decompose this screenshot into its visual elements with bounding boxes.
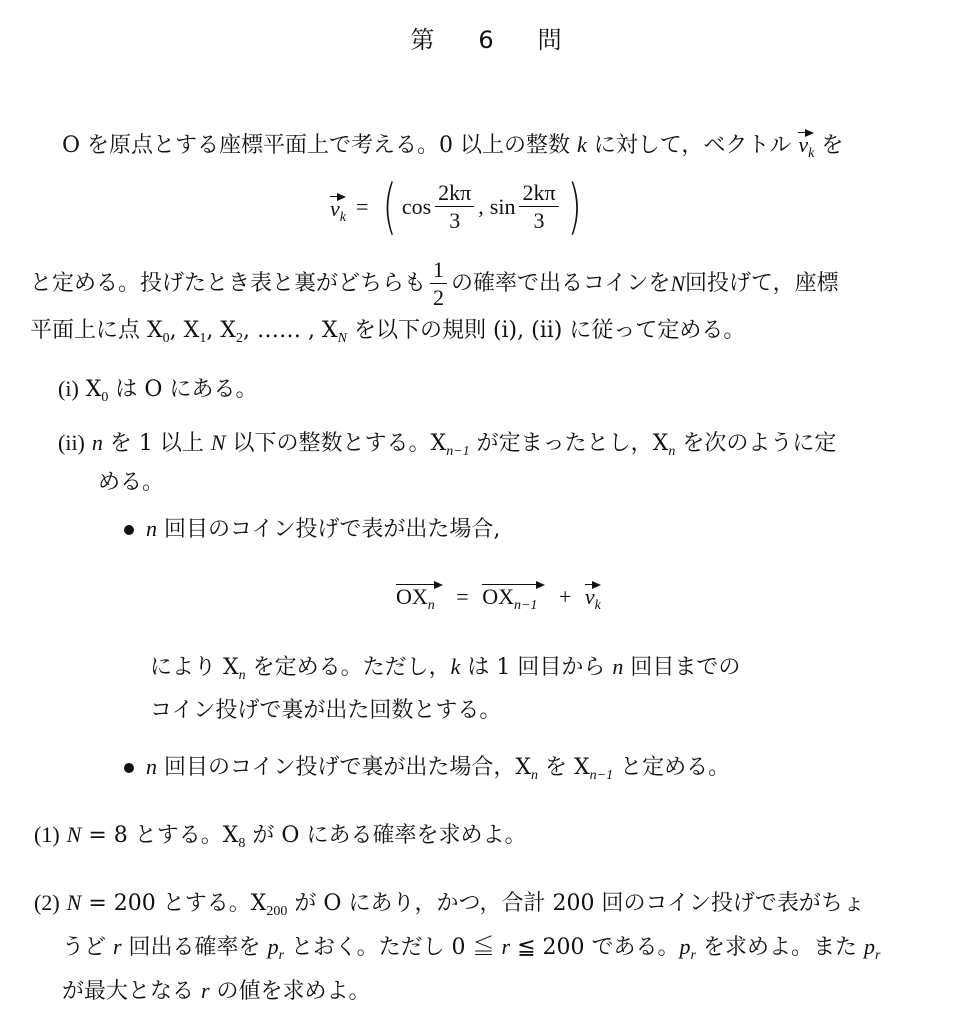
text-span: n−1: [446, 444, 469, 459]
text-span: p: [268, 934, 279, 959]
text-span: を X: [538, 755, 590, 780]
question-1: (1) N = 8 とする。X8 が O にある確率を求めよ。: [34, 824, 526, 847]
text-span: を 1 以上: [103, 431, 211, 456]
text-span: により X: [150, 655, 239, 680]
text-span: 2kπ: [435, 182, 474, 207]
text-span: n: [146, 754, 157, 779]
text-span: 回目のコイン投げで表が出た場合,: [157, 517, 500, 542]
text-span: , X: [206, 318, 236, 343]
text-span: 回出る確率を: [122, 935, 268, 960]
bullet-icon: [124, 525, 134, 535]
text-span: k: [577, 132, 587, 157]
title-char: 第: [410, 20, 434, 55]
intro-line-1: O を原点とする座標平面上で考える。0 以上の整数 k に対して，ベクトル vk…: [62, 130, 843, 157]
position-update-formula: OXn = OXn−1 + vk: [396, 582, 601, 608]
text-span: が定まったとし，X: [470, 431, 669, 456]
text-span: , X: [170, 318, 200, 343]
text-span: ,: [478, 196, 484, 218]
text-span: cos: [402, 196, 431, 218]
text-span: める。: [98, 470, 164, 495]
bullet-tails: n 回目のコイン投げで裏が出た場合，Xn を Xn−1 と定める。: [124, 756, 730, 779]
text-span: を定める。ただし，: [246, 655, 451, 680]
text-span: n−1: [514, 598, 537, 613]
text-span: が O にあり，かつ，合計 200 回のコイン投げで表がちょ: [287, 891, 864, 916]
text-span: r: [113, 934, 122, 959]
text-span: r: [201, 978, 210, 1003]
text-span: k: [808, 146, 814, 161]
text-span: = 8 とする。X: [81, 823, 238, 848]
text-span: は 1 回目から: [460, 655, 612, 680]
title-char: 問: [538, 20, 562, 55]
bullet-heads-note-1: により Xn を定める。ただし，k は 1 回目から n 回目までの: [150, 656, 740, 679]
text-span: k: [340, 210, 346, 225]
text-span: 回目までの: [623, 655, 740, 680]
text-span: OX: [482, 584, 514, 609]
text-span: 2: [430, 284, 447, 309]
text-span: (ii): [58, 430, 85, 455]
problem-title: 第6問: [0, 20, 972, 55]
text-span: 2kπ: [519, 182, 558, 207]
bullet-heads: n 回目のコイン投げで表が出た場合,: [124, 518, 500, 541]
text-span: =: [356, 196, 368, 218]
text-span: n: [92, 430, 103, 455]
text-span: n: [531, 768, 538, 783]
text-span: N: [67, 890, 82, 915]
text-span: を次のように定: [675, 431, 836, 456]
text-span: k: [595, 598, 601, 613]
text-span: を: [814, 133, 843, 158]
text-span: を求めよ。また: [696, 935, 864, 960]
text-span: は O にある。: [108, 377, 257, 402]
text-span: (i): [58, 376, 79, 401]
text-span: N: [67, 822, 82, 847]
text-span: v: [330, 196, 340, 221]
text-span: N: [211, 430, 226, 455]
text-span: p: [864, 934, 875, 959]
text-span: と定める。: [613, 755, 730, 780]
text-span: N: [670, 273, 685, 295]
text-span: 200: [266, 904, 287, 919]
intro-line-3: 平面上に点 X0, X1, X2, …… , XN を以下の規則 (i), (i…: [30, 320, 745, 342]
rule-i: (i) X0 は O にある。: [58, 378, 257, 401]
text-span: +: [559, 584, 571, 609]
math-element: ): [567, 177, 581, 237]
text-span: =: [456, 584, 468, 609]
text-span: 2: [236, 331, 243, 346]
text-span: r: [875, 948, 880, 963]
text-span: 回投げて，座標: [685, 273, 839, 295]
vector-definition-formula: vk = ( cos 2kπ3 , sin 2kπ3 ): [330, 172, 586, 242]
question-2-line-3: が最大となる r の値を求めよ。: [62, 980, 371, 1003]
text-span: 0: [163, 331, 170, 346]
text-span: v: [798, 132, 808, 157]
text-span: が最大となる: [62, 979, 201, 1004]
text-span: コイン投げで裏が出た回数とする。: [150, 698, 501, 723]
text-span: (2): [34, 890, 60, 915]
text-span: を以下の規則 (i), (ii) に従って定める。: [347, 318, 745, 343]
text-span: の値を求めよ。: [210, 979, 371, 1004]
math-element: 2kπ3: [519, 182, 558, 232]
text-span: n−1: [590, 768, 613, 783]
title-number: 6: [478, 26, 493, 54]
text-span: n: [239, 668, 246, 683]
text-span: が O にある確率を求めよ。: [245, 823, 526, 848]
text-span: n: [428, 598, 435, 613]
text-span: の確率で出るコインを: [451, 273, 670, 295]
text-span: r: [502, 934, 511, 959]
rule-ii-continued: める。: [98, 472, 164, 494]
text-span: X: [79, 377, 102, 402]
text-span: とおく。ただし 0 ≦: [284, 935, 502, 960]
text-span: k: [451, 654, 461, 679]
text-span: n: [146, 516, 157, 541]
text-span: O を原点とする座標平面上で考える。0 以上の整数: [62, 133, 577, 158]
math-element: vk: [585, 582, 601, 608]
text-span: 3: [519, 207, 558, 232]
text-span: OX: [396, 584, 428, 609]
vector-vk: vk: [798, 130, 814, 157]
text-span: 平面上に点 X: [30, 318, 163, 343]
text-span: n: [612, 654, 623, 679]
math-element: (: [383, 177, 397, 237]
rule-ii: (ii) n を 1 以上 N 以下の整数とする。Xn−1 が定まったとし，Xn…: [58, 432, 836, 455]
text-span: p: [680, 934, 691, 959]
text-span: 回目のコイン投げで裏が出た場合，X: [157, 755, 531, 780]
text-span: 1: [430, 259, 447, 284]
math-element: OXn−1: [482, 582, 545, 608]
math-element: vk: [330, 194, 346, 221]
text-span: 以下の整数とする。X: [226, 431, 447, 456]
text-span: 3: [435, 207, 474, 232]
question-2-line-2: うど r 回出る確率を pr とおく。ただし 0 ≦ r ≦ 200 である。p…: [62, 936, 880, 959]
math-element: 2kπ3: [435, 182, 474, 232]
text-span: N: [338, 331, 347, 346]
bullet-heads-note-2: コイン投げで裏が出た回数とする。: [150, 700, 501, 722]
bullet-icon: [124, 763, 134, 773]
text-span: = 200 とする。X: [81, 891, 266, 916]
text-span: (1): [34, 822, 60, 847]
math-element: 12: [430, 259, 447, 309]
text-span: v: [585, 584, 595, 609]
question-2-line-1: (2) N = 200 とする。X200 が O にあり，かつ，合計 200 回…: [34, 892, 865, 915]
text-span: sin: [490, 196, 516, 218]
text-span: と定める。投げたとき表と裏がどちらも: [30, 273, 426, 295]
text-span: に対して，ベクトル: [587, 133, 799, 158]
text-span: うど: [62, 935, 113, 960]
text-span: , …… , X: [243, 318, 338, 343]
text-span: ≦ 200 である。: [510, 935, 679, 960]
math-element: OXn: [396, 582, 443, 608]
intro-line-2: と定める。投げたとき表と裏がどちらも 12 の確率で出るコインを N 回投げて，…: [30, 256, 839, 312]
